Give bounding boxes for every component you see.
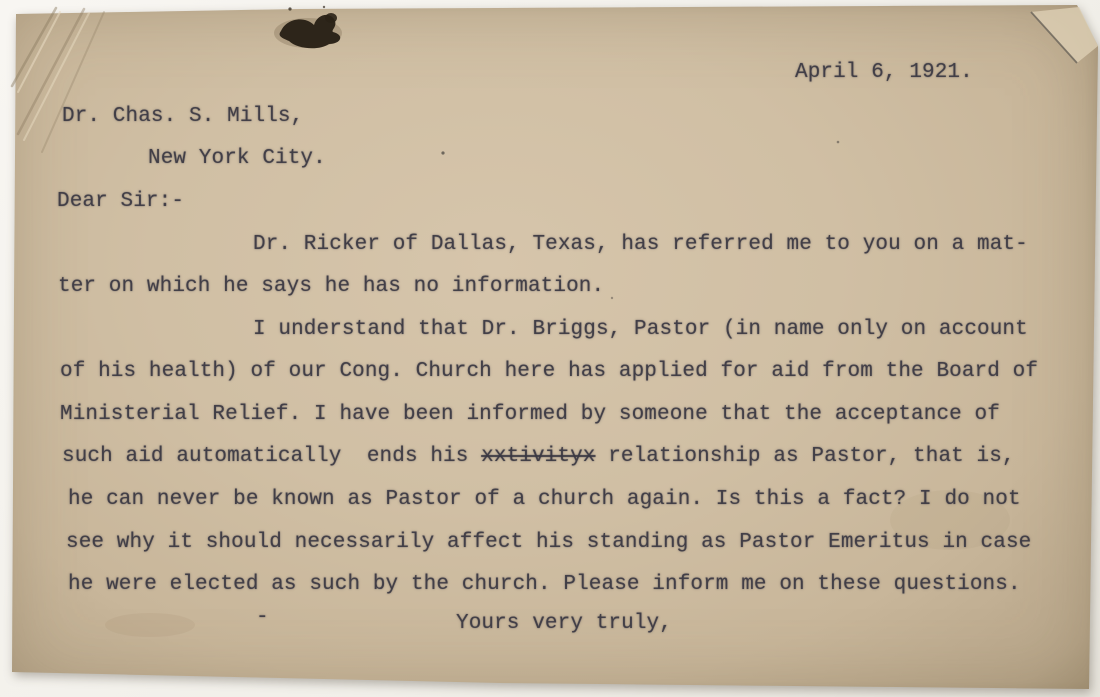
body-line: ter on which he says he has no informati… (58, 274, 604, 300)
body-line: such aid automatically ends his xxtivity… (62, 444, 1015, 470)
body-line: of his health) of our Cong. Church here … (60, 359, 1038, 385)
recipient-name: Dr. Chas. S. Mills, (62, 104, 303, 130)
pre-closing-dash: - (256, 605, 269, 631)
recipient-city: New York City. (148, 146, 326, 172)
body-line: he can never be known as Pastor of a chu… (68, 487, 1021, 513)
body-line: Dr. Ricker of Dallas, Texas, has referre… (253, 232, 1028, 258)
body-line-segment: relationship as Pastor, that is, (596, 445, 1015, 468)
scan-page: April 6, 1921. Dr. Chas. S. Mills, New Y… (0, 0, 1100, 697)
body-line: he were elected as such by the church. P… (68, 572, 1021, 598)
salutation: Dear Sir:- (57, 189, 184, 215)
date-line: April 6, 1921. (795, 60, 973, 86)
body-line: Ministerial Relief. I have been informed… (60, 402, 1000, 428)
body-line: see why it should necessarily affect his… (66, 530, 1031, 556)
body-line-segment: such aid automatically ends his (62, 445, 481, 468)
strikethrough-word: xxtivityx (481, 445, 595, 468)
closing-line: Yours very truly, (456, 611, 672, 637)
body-line: I understand that Dr. Briggs, Pastor (in… (253, 317, 1028, 343)
